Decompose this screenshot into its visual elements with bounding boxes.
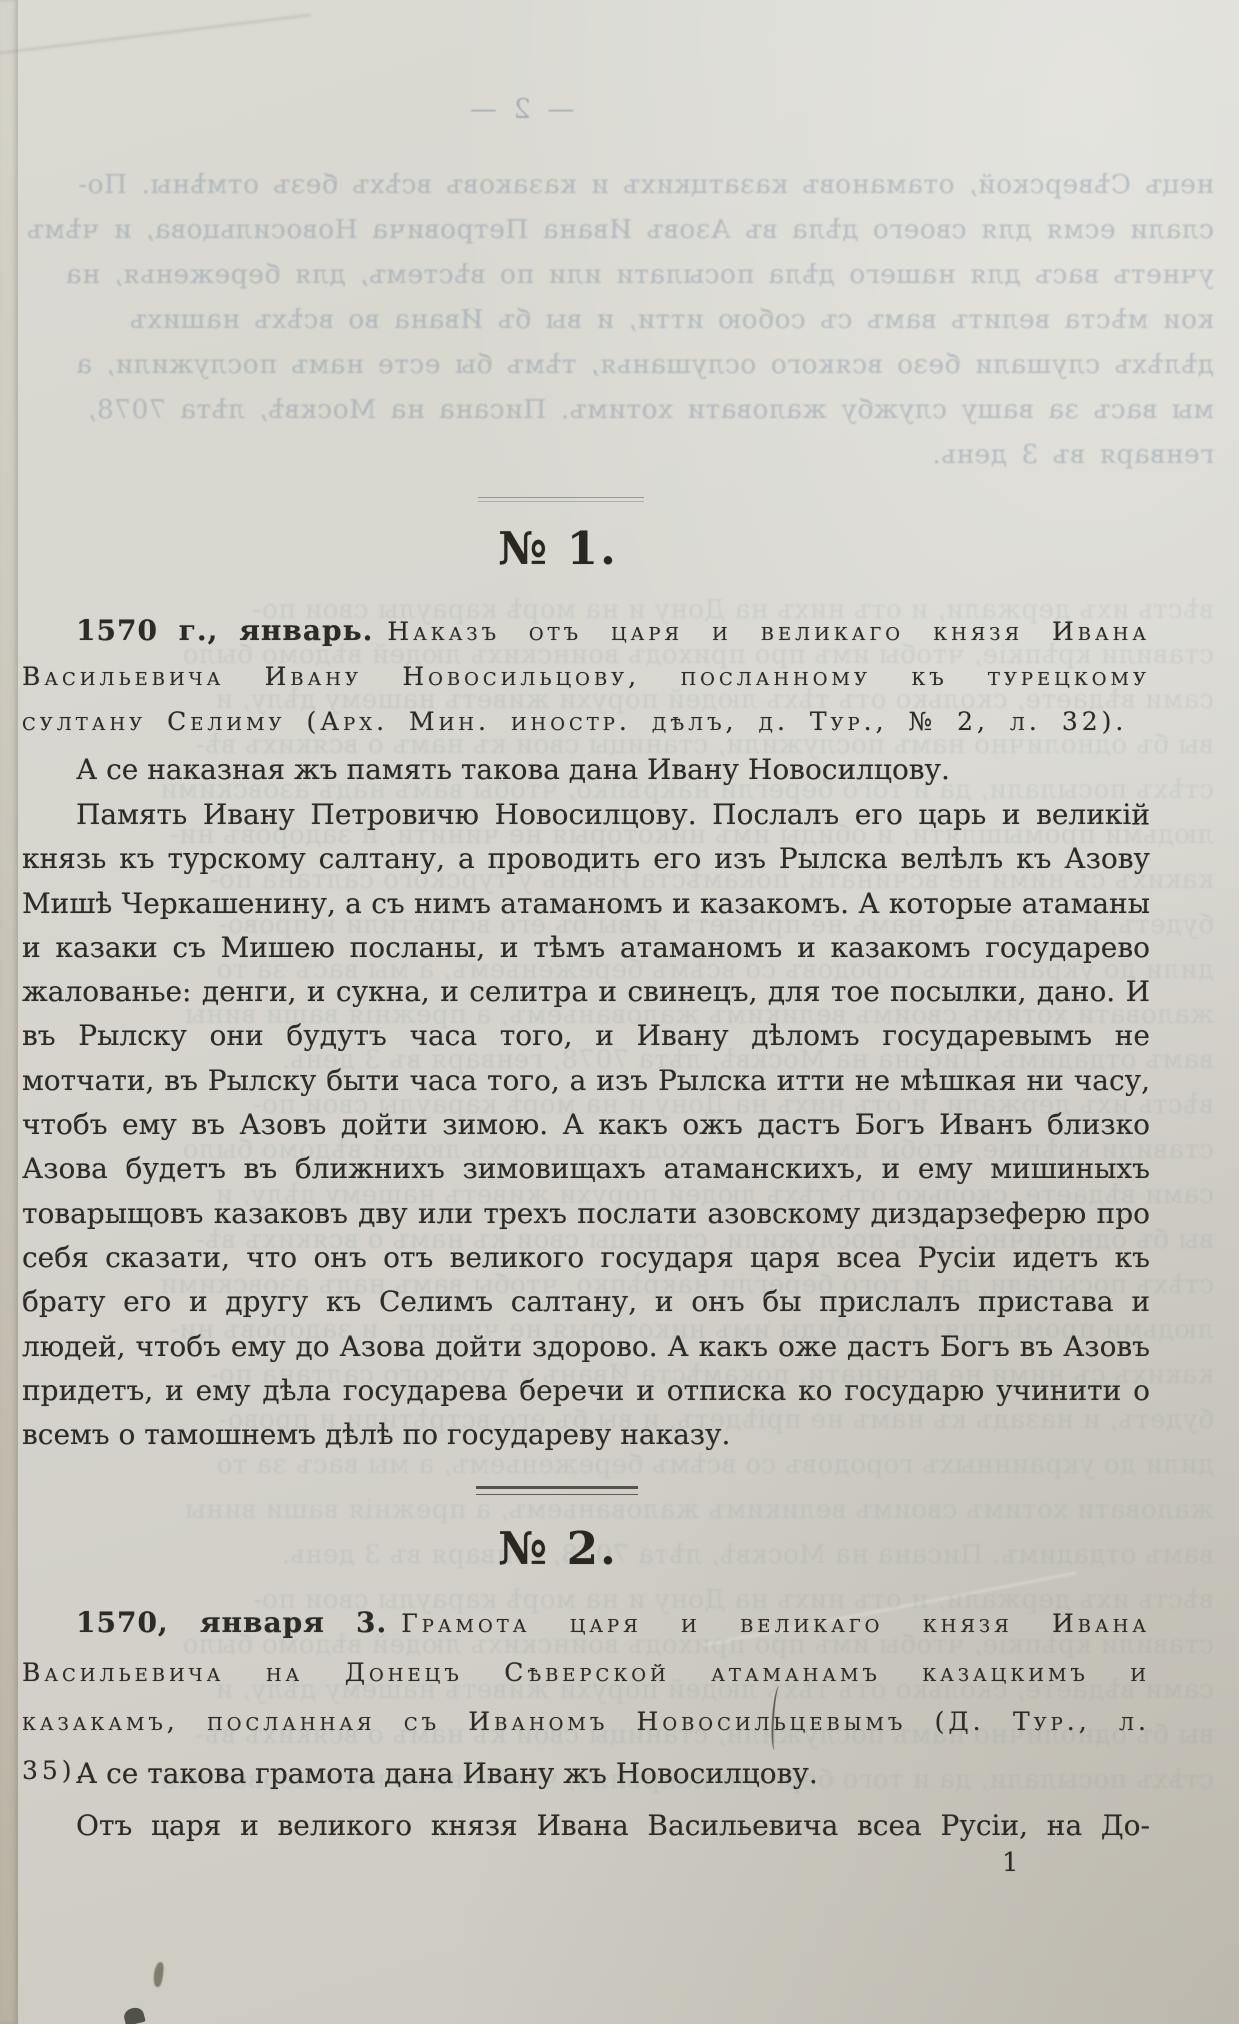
- document-1-date: 1570 г., январь.: [76, 614, 373, 647]
- ink-mark-bottom-edge: [122, 2006, 145, 2024]
- document-1-heading: 1570 г., январь.Наказъ отъ царя и велика…: [22, 608, 1150, 744]
- bleedthrough-line: кои мѣста велитъ вамъ съ собою итти, и в…: [28, 297, 1214, 342]
- document-2-intro: А се такова грамота дана Ивану жъ Новоси…: [22, 1752, 1150, 1796]
- section-rule-double: [476, 1486, 638, 1495]
- ink-blot: [153, 1962, 165, 1988]
- page-left-edge: [0, 0, 18, 2024]
- document-1-intro: А се наказная жъ память такова дана Иван…: [22, 748, 1150, 792]
- document-2-body: Отъ царя и великого князя Ивана Васильев…: [22, 1804, 1150, 1848]
- book-page: — 2 — нецъ Сѣверской, отамановъ казатцки…: [0, 0, 1239, 2024]
- bleedthrough-top: нецъ Сѣверской, отамановъ казатцкихъ и к…: [28, 162, 1214, 477]
- bleedthrough-line: мы васъ за вашу службу жаловати хотимъ. …: [28, 387, 1214, 432]
- section-rule-thin: [478, 497, 644, 502]
- document-2-number: № 2.: [0, 1522, 1122, 1575]
- bleedthrough-line: дѣлѣхъ слушали безо всякого ослушанья, т…: [28, 342, 1214, 387]
- bleedthrough-line: нецъ Сѣверской, отамановъ казатцкихъ и к…: [28, 162, 1214, 207]
- bleedthrough-line: слали есмя для своего дѣла въ Азовъ Иван…: [28, 207, 1214, 252]
- page-number-showthrough: — 2 —: [400, 94, 640, 125]
- bleedthrough-line: генваря въ 3 день.: [28, 432, 1214, 477]
- document-1-number: № 1.: [0, 522, 1122, 575]
- signature-mark: 1: [1002, 1848, 1019, 1878]
- paper-fold-line: [0, 14, 311, 56]
- document-2-date: 1570, января 3.: [76, 1606, 387, 1639]
- document-1-body: Память Ивану Петровичю Новосилцову. Посл…: [22, 793, 1150, 1457]
- bleedthrough-line: учнетъ васъ для нашего дѣла посылати или…: [28, 252, 1214, 297]
- page-number-text: — 2 —: [466, 94, 574, 125]
